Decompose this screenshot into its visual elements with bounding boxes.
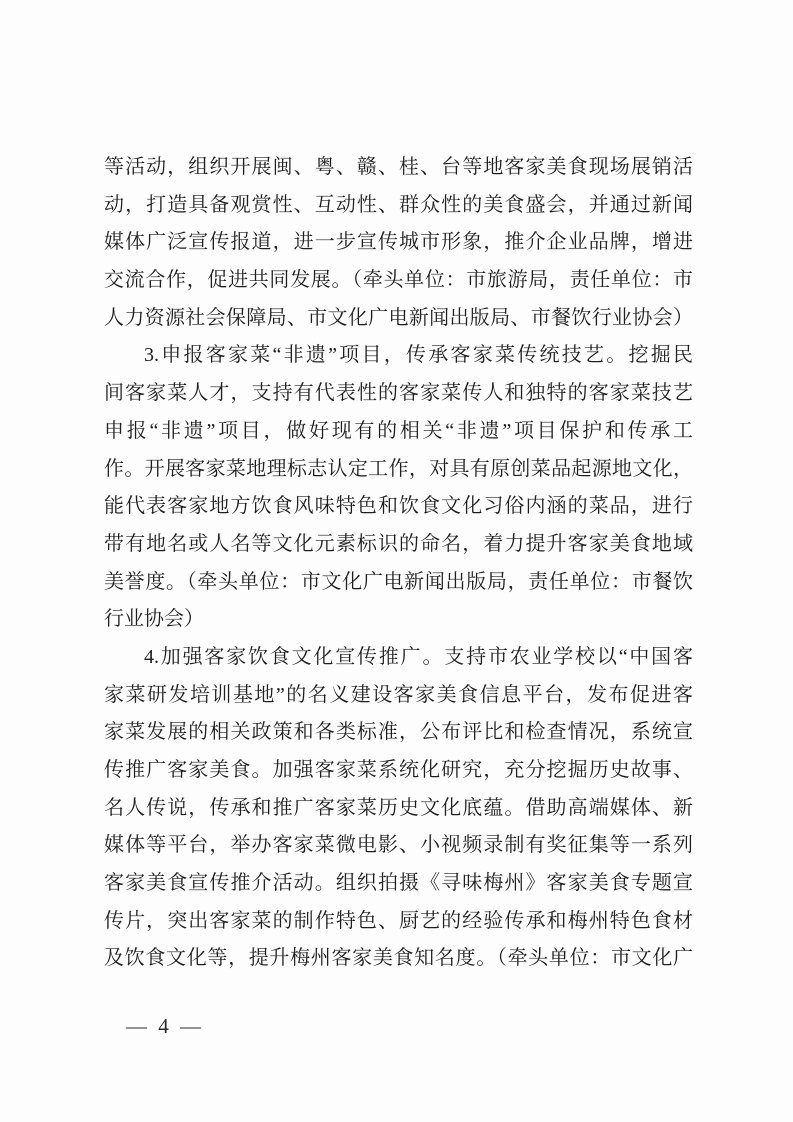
- document-page: 等活动，组织开展闽、粤、赣、桂、台等地客家美食现场展销活动，打造具备观赏性、互动…: [0, 0, 793, 1122]
- text-line: 申报“非遗”项目，做好现有的相关“非遗”项目保护和传承工: [104, 413, 693, 451]
- text-line: 间客家菜人才，支持有代表性的客家菜传人和独特的客家菜技艺: [104, 375, 693, 413]
- text-line: 名人传说，传承和推广客家菜历史文化底蕴。借助高端媒体、新: [104, 790, 693, 828]
- text-line: 动，打造具备观赏性、互动性、群众性的美食盛会，并通过新闻: [104, 187, 693, 225]
- text-line: 及饮食文化等，提升梅州客家美食知名度。（牵头单位：市文化广: [104, 940, 693, 978]
- text-line: 交流合作，促进共同发展。（牵头单位：市旅游局，责任单位：市: [104, 262, 693, 300]
- text-line: 3.申报客家菜“非遗”项目，传承客家菜传统技艺。挖掘民: [104, 337, 693, 375]
- text-line: 媒体广泛宣传报道，进一步宣传城市形象，推介企业品牌，增进: [104, 224, 693, 262]
- text-line: 家菜发展的相关政策和各类标准，公布评比和检查情况，系统宣: [104, 714, 693, 752]
- text-line: 人力资源社会保障局、市文化广电新闻出版局、市餐饮行业协会）: [104, 300, 693, 338]
- text-line: 能代表客家地方饮食风味特色和饮食文化习俗内涵的菜品，进行: [104, 488, 693, 526]
- text-line: 带有地名或人名等文化元素标识的命名，着力提升客家美食地域: [104, 526, 693, 564]
- text-line: 行业协会）: [104, 601, 693, 639]
- text-line: 4.加强客家饮食文化宣传推广。支持市农业学校以“中国客: [104, 639, 693, 677]
- text-line: 媒体等平台，举办客家菜微电影、小视频录制有奖征集等一系列: [104, 827, 693, 865]
- text-line: 等活动，组织开展闽、粤、赣、桂、台等地客家美食现场展销活: [104, 149, 693, 187]
- text-line: 传推广客家美食。加强客家菜系统化研究，充分挖掘历史故事、: [104, 752, 693, 790]
- page-number: — 4 —: [126, 1012, 204, 1040]
- text-line: 家菜研发培训基地”的名义建设客家美食信息平台，发布促进客: [104, 677, 693, 715]
- text-line: 传片，突出客家菜的制作特色、厨艺的经验传承和梅州特色食材: [104, 903, 693, 941]
- text-line: 美誉度。（牵头单位：市文化广电新闻出版局，责任单位：市餐饮: [104, 564, 693, 602]
- document-body: 等活动，组织开展闽、粤、赣、桂、台等地客家美食现场展销活动，打造具备观赏性、互动…: [104, 149, 693, 978]
- text-line: 客家美食宣传推介活动。组织拍摄《寻味梅州》客家美食专题宣: [104, 865, 693, 903]
- text-line: 作。开展客家菜地理标志认定工作，对具有原创菜品起源地文化，: [104, 451, 693, 489]
